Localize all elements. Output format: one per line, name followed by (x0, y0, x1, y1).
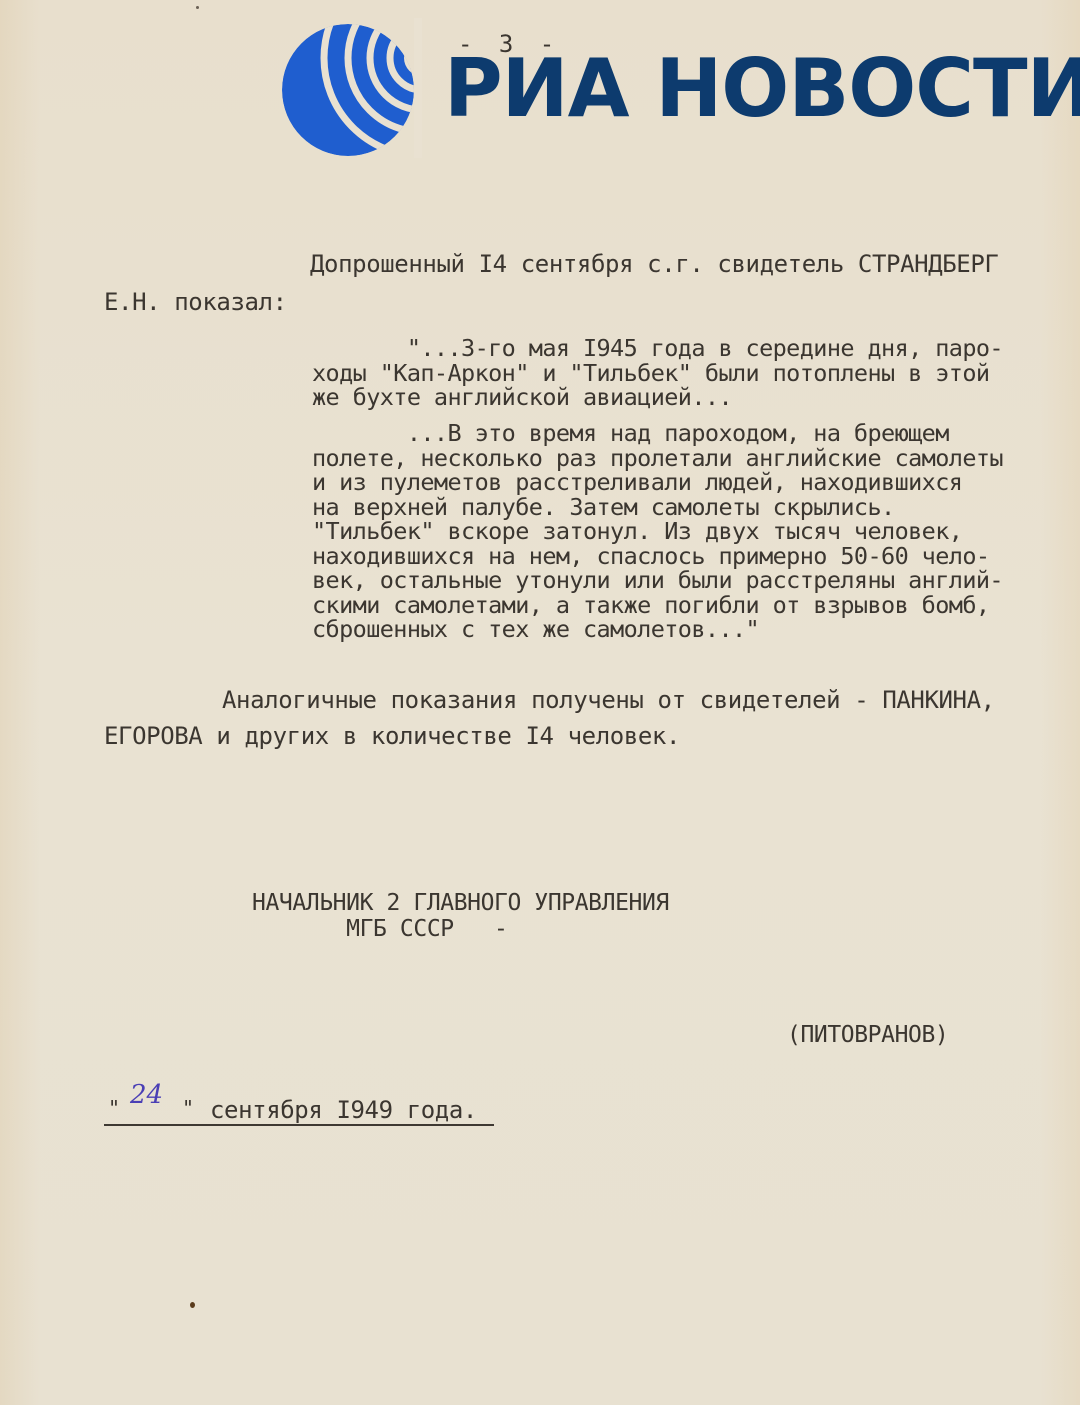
intro-line-2: Е.Н. показал: (104, 288, 287, 316)
ria-novosti-watermark: РИА НОВОСТИ (282, 18, 1080, 158)
date-month-year: сентября I949 года. (210, 1096, 477, 1124)
paper-speck (196, 6, 199, 9)
date-day-handwritten: 24 (130, 1080, 163, 1110)
globe-waves-icon (282, 18, 422, 158)
testimony-quote-2: ...В это время над пароходом, на бреющем… (312, 421, 1003, 642)
intro-line-1: Допрошенный I4 сентября с.г. свидетель С… (310, 250, 998, 278)
date-open-quote: " (108, 1096, 120, 1120)
signature-title: НАЧАЛЬНИК 2 ГЛАВНОГО УПРАВЛЕНИЯ МГБ СССР… (252, 890, 669, 942)
similar-testimony-line-2: ЕГОРОВА и других в количестве I4 человек… (104, 722, 680, 750)
testimony-quote-1: "...3-го мая I945 года в середине дня, п… (312, 336, 1003, 410)
date-close-quote: " (182, 1096, 194, 1120)
page-number: - 3 - (458, 30, 560, 58)
date-underline (104, 1124, 494, 1126)
similar-testimony-line-1: Аналогичные показания получены от свидет… (222, 686, 995, 714)
document-date: " 24 " сентября I949 года. (104, 1080, 494, 1130)
paper-speck (190, 1302, 195, 1308)
signature-name: (ПИТОВРАНОВ) (787, 1022, 948, 1048)
